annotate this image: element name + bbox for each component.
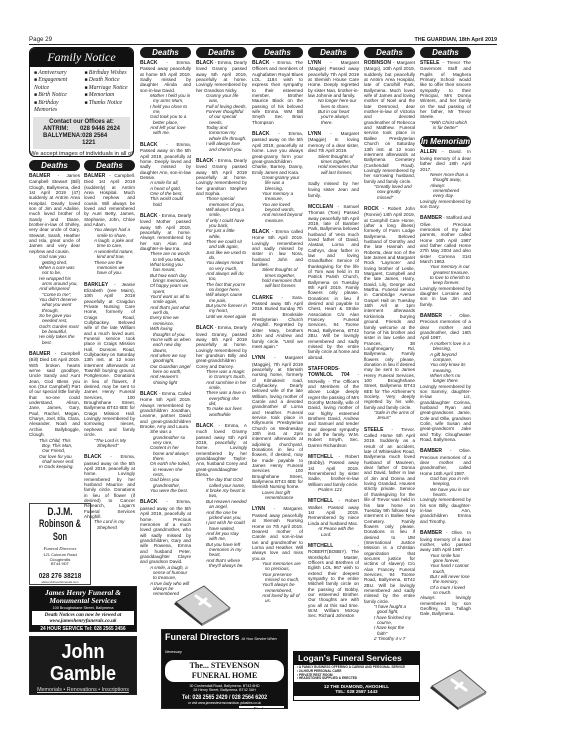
notice-entry: BLACK - Emma, passed away on the 5th Apr… xyxy=(252,131,303,223)
verse-line: A mother's love is a blessing, xyxy=(427,341,471,352)
family-notice-categories-box: Family Notice Categories AnniversaryEnga… xyxy=(29,47,134,157)
ad-banner: Funeral DirectorsAt Your Service When Ne… xyxy=(162,632,287,658)
title-line: Monumental Services xyxy=(30,597,136,605)
section-heading: Deaths xyxy=(140,47,191,58)
verse-line: And let you stay with me, xyxy=(203,531,247,542)
notice-text: BAMBER - Olive. Precious memories of a d… xyxy=(420,313,471,341)
deceased-name: BLACK xyxy=(196,60,214,66)
notice-text: ALLEN - David. In loving memory of a dea… xyxy=(420,149,471,171)
notice-entry: MITCHELL - Robert Walker. Passed away 1s… xyxy=(308,498,359,536)
notice-entry: ROCK - Robert John (Ronnie) 14th April 2… xyxy=(364,206,415,421)
deaths-column-5: DeathsBLACK - Emma. The Officers and mem… xyxy=(252,47,303,647)
verse-line: When a cure was not to be, xyxy=(36,265,80,276)
notice-body: - Trevor The Governors Staff and Pupils … xyxy=(420,60,471,119)
verse-line: Every time we reminisce, xyxy=(147,315,191,326)
facebook-label: Find us on Facebook xyxy=(249,707,282,709)
verse-line: I held you close to me, xyxy=(147,104,191,115)
deceased-name: BALMER xyxy=(29,351,50,357)
verse-line: At Peace with the Lord. xyxy=(315,526,359,537)
verse-line: The Lord is my Shepherd xyxy=(91,519,135,530)
verse-line: And when we say goodnight, xyxy=(147,353,191,364)
category-item: Memoriam xyxy=(85,92,130,99)
notice-text: BLACK - Emma, Dearly loved Granny, passe… xyxy=(196,325,247,369)
notice-body: - Margaret (Maggie), 7th April 2019 peac… xyxy=(252,355,303,489)
section-heading: Deaths xyxy=(252,47,303,58)
deceased-name: BALMER xyxy=(84,173,105,179)
notice-entry: BLACK - Emma, Dearly loved Granny, passe… xyxy=(196,325,247,417)
ad-notice: Death Notices can now be viewed atwww.ja… xyxy=(32,611,134,625)
notice-entry: BAMBER - Olive. Precious memories of a d… xyxy=(420,313,471,442)
ad-website[interactable]: www.jameshenryfunerals.co.uk xyxy=(32,618,134,624)
section-heading: Deaths xyxy=(29,160,80,171)
deceased-name: LYNN xyxy=(308,131,321,137)
facebook-badge[interactable]: fFind us on Facebook xyxy=(239,706,284,709)
notice-text: LYNN - Margaret (Maggie) In loving memor… xyxy=(308,131,359,153)
ad-title: D.J.M. xyxy=(37,507,84,518)
verse-line: You didn't deserve what you went through… xyxy=(36,297,80,313)
ad-name-box: The... STEVENSONFUNERAL HOME xyxy=(165,660,284,682)
notice-signoff: Lovingly remembered by his son Billy, da… xyxy=(420,497,471,524)
ad-address: 121 Culcrum RoadCloughmillsBT44 9DT xyxy=(30,553,90,567)
deceased-name: STEELE xyxy=(420,60,439,66)
verse: God saw you getting tired,When a cure wa… xyxy=(29,254,80,345)
verse-line: God has you in His keeping, xyxy=(427,476,471,487)
verse-line: Loves last gift remembrance xyxy=(259,490,303,501)
notice-text: LYNN - Margaret. Passed away peacefully … xyxy=(252,506,303,560)
masthead: THE GUARDIAN, 18th April 2019 xyxy=(415,37,497,43)
verse-line: And whispered "Come to me", xyxy=(36,286,80,297)
notice-entry: BAMBER - Olive. In loving memory of a de… xyxy=(420,530,471,617)
verse-line: With loving thoughts of you. xyxy=(147,326,191,337)
verse-line: Just like we used to do, xyxy=(203,250,247,261)
ad-phone: 24 HOUR SERVICE Tel: 028 2565 2456 xyxy=(38,626,128,632)
verse-line: This Child, This Boy, This Man, Our Frie… xyxy=(36,438,80,454)
verse-line: And sunshine in her smile, xyxy=(203,380,247,391)
verse-line: This world could hold xyxy=(147,196,191,207)
notice-text: BLACK - Emma, passed away on the 5th Apr… xyxy=(140,499,191,564)
notice-signoff: Lovingly remembered by daughter Lorraine… xyxy=(420,286,471,307)
contact-offices: Contact our Offices at: ANTRIM:028 9446 … xyxy=(33,117,130,149)
notice-body: - Jeanie Elizabeth (nee Mairs), 10th Apr… xyxy=(84,282,135,438)
verse-line: But I will never lose the memory, xyxy=(427,574,471,585)
deaths-column-6: DeathsLYNN - Margaret (Maggie) Passed aw… xyxy=(308,47,359,647)
deaths-column-7: DeathsROBINSON - Margaret (Margo), 10th … xyxy=(364,47,415,647)
verse-line: And that's where they'll always be. xyxy=(203,558,247,569)
ad-contact: 12 THE DIAMOND, AHOGHILLTEL: 028 2587 14… xyxy=(294,682,419,696)
verse-line: A wonderful nature, kind and true, xyxy=(91,249,135,260)
verse-line: Will always bring a smile, xyxy=(203,207,247,218)
notice-text: BLACK - Emma, A much loved Granny passed… xyxy=(196,423,247,477)
deceased-name: STAFFORDS-TOWNLOL 704 xyxy=(308,366,350,378)
deceased-name: MITCHELL xyxy=(308,454,333,460)
verse-line: But you're forever in my heart, xyxy=(203,303,247,314)
stevenson-funeral-home-ad: Funeral DirectorsAt Your Service When Ne… xyxy=(161,629,288,709)
notice-entry: BARKLEY - Jeanie Elizabeth (nee Mairs), … xyxy=(84,282,135,449)
verse-line: Content in her home and always there, xyxy=(147,445,191,461)
verse-line: These are the memories we have of you. xyxy=(91,260,135,276)
verse-line: You are loved beyond words, xyxy=(259,202,303,213)
deceased-name: MCCLEAN xyxy=(308,204,333,210)
notice-body: - Emma, Dearly loved Granny passed away … xyxy=(196,158,247,196)
verse-line: And that's just what we'll do, xyxy=(147,305,191,316)
notice-entry: BLACK - Emma. Passed away peacefully at … xyxy=(140,60,191,136)
deceased-name: BARKLEY xyxy=(84,282,108,288)
notice-entry: CLARKE - Sara. Passed away 5th April 201… xyxy=(252,295,303,349)
verse-line: You were the best. xyxy=(147,488,191,493)
notice-body: - Trevor. Called Home 5th April 2019. Su… xyxy=(364,427,415,604)
ad-website[interactable]: www.robinsonsfunerals.com xyxy=(30,580,90,584)
ad-footer: • HEADSTONES OF ALL DESCRIPTIONS CAN BE … xyxy=(162,705,287,709)
deceased-name: BLACK xyxy=(84,454,102,460)
verse: "The Lord is My Shepherd" xyxy=(84,438,135,449)
verse-line: A laugh, a joke and time to care, xyxy=(91,238,135,249)
verse-line: He only takes the best. xyxy=(36,334,80,345)
deceased-name: BAMBER xyxy=(420,215,442,221)
verse: There are no words to tell you Mum,What … xyxy=(140,251,191,385)
verse-line: Those special memories of you, xyxy=(203,196,247,207)
deceased-name: BAMBER xyxy=(420,448,442,454)
notice-text: BAMBER - Olive. Precious memories of a d… xyxy=(420,448,471,476)
verse: There was a magic in Granny's touch,And … xyxy=(196,369,247,417)
notice-signoff: Lovingly remembered by son Sammy, daught… xyxy=(420,384,471,443)
notice-entry: BLACK - Emma called Home 5th April 2019.… xyxy=(252,229,303,289)
notice-body: - Robert John (Ronnie) 14th April 2019, … xyxy=(364,206,415,410)
notice-text: CLARKE - Sara. Passed away 5th April 201… xyxy=(252,295,303,349)
verse-line: But Heaven needed an angel, xyxy=(203,499,247,510)
notice-entry: BLACK - Emma. The Officers and members o… xyxy=(252,60,303,125)
deceased-name: BLACK xyxy=(196,325,214,331)
office-name: ANTRIM: xyxy=(43,126,68,133)
notice-body: - Emma, passed away on the 5th April 201… xyxy=(252,131,303,174)
verse-line: A gift beyond compare, xyxy=(427,352,471,363)
notice-text: MITCHELL - Robert Walker. Passed away 1s… xyxy=(308,498,359,526)
verse: No longer here our lives to share,But in… xyxy=(308,98,359,125)
verse-line: "Greatly loved and now greatly missed" xyxy=(371,184,415,200)
notice-entry: LYNN - Margaret (Maggie) Passed away pea… xyxy=(308,60,359,125)
notice-text: MITCHELL - ROBERT(BOBBY). The Worshipful… xyxy=(308,543,359,619)
james-henry-ad: James Henry Funeral &Monumental Services… xyxy=(29,586,137,632)
notice-entry: BLACK - Emma, Dearly loved Granny passed… xyxy=(196,60,247,152)
verse-line: You always had a smile to share, xyxy=(91,227,135,238)
notice-body: - McNeilly - The Officers and Members of… xyxy=(308,372,359,447)
office-ballymena: BALLYMENA:028 2564 1221 xyxy=(43,133,120,147)
notice-body: - James Campbell Stewart (Bill) Clough, … xyxy=(29,173,80,254)
verse: Those special memories of you,Will alway… xyxy=(196,196,247,319)
deceased-name: BLACK xyxy=(252,60,270,66)
verse-line: You only know its meaning, xyxy=(427,362,471,373)
notice-entry: BAMBER - Olive. Precious memories of a d… xyxy=(420,448,471,524)
verse-line: Until we meet again xyxy=(203,314,247,319)
verse-line: Will always cause me pain, xyxy=(203,292,247,303)
notice-entry: ROBINSON - Margaret (Margo), 10th April … xyxy=(364,60,415,200)
deceased-name: BLACK xyxy=(140,499,158,505)
notice-entry: ALLEN - David. In loving memory of a dea… xyxy=(420,149,471,209)
section-heading: Deaths xyxy=(196,47,247,58)
section-heading: In Memoriam xyxy=(420,136,471,147)
notice-entry: BLACK - Emma, passed away on the 5th Apr… xyxy=(140,499,191,596)
deceased-name: MITCHELL xyxy=(308,543,333,549)
verse-line: What losing you has meant, xyxy=(147,262,191,273)
verse-line: I will always love and cherish you. xyxy=(203,141,247,152)
notice-body: - Sara. Passed away 5th April 2019. Buri… xyxy=(252,295,303,349)
notice-body: - Emma, Passed away on the 5th April 201… xyxy=(140,142,191,180)
verse-line: There are no words to tell you Mum, xyxy=(147,251,191,262)
notice-text: STEELE - Trevor The Governors Staff and … xyxy=(420,60,471,120)
notice-body: - Emma, A much loved Granny passed away … xyxy=(196,423,247,477)
verse-line: You'd want us all to smile again, xyxy=(147,294,191,305)
notice-entry: BALMER - Campbell (Bill) Died 1st April … xyxy=(29,351,80,470)
deaths-column-1: DeathsBALMER - James Campbell Stewart (B… xyxy=(29,160,80,500)
deceased-name: BLACK xyxy=(196,423,214,429)
notice-body: - Emma, Called Home 5th April 2019. Alwa… xyxy=(140,391,191,429)
verse-line: He wrapped his arms around you, xyxy=(36,276,80,287)
verse-line: When she's no longer there. xyxy=(427,373,471,384)
deceased-name: ROBINSON xyxy=(364,60,391,66)
notice-entry: BLACK - Emma, Passed away on the 5th Apr… xyxy=(140,142,191,207)
category-item: Birthday Memories xyxy=(34,100,79,115)
ad-title: Logan's Funeral Services xyxy=(294,652,419,665)
verse-line: And left your love with me. xyxy=(147,125,191,136)
ad-address: 30 Cushendall Road, Ballymena. BT43 6HD2… xyxy=(162,684,287,692)
notice-text: BAMBER - Olive. In loving memory of a de… xyxy=(420,530,471,552)
deceased-name: BLACK xyxy=(252,229,270,235)
verse-line: You're with us when each new day dawns, xyxy=(147,337,191,353)
category-item: Birthday Wishes xyxy=(85,70,130,77)
verse-line: And the one he picked was you, xyxy=(203,510,247,521)
categories-title: Family Notice Categories xyxy=(30,48,133,67)
ad-phone: TEL: 028 2587 1443 xyxy=(294,689,419,694)
verse: A mother's love is a blessing,A gift bey… xyxy=(420,341,471,384)
verse-line: But you have left memories in my heart, xyxy=(203,542,247,558)
djm-robinson-ad: D.J.M. Robinson & Son Funeral Directors … xyxy=(29,503,91,585)
verse-line: But in our heart you're always there. xyxy=(315,109,359,125)
notice-entry: STAFFORDS-TOWNLOL 704 - McNeilly - The O… xyxy=(308,366,359,448)
office-phone: 028 2564 1221 xyxy=(82,133,120,147)
notice-text: BLACK - Emma, Passed away on the 5th Apr… xyxy=(140,142,191,180)
verse-line: Your memory is our greatest treasure, xyxy=(427,264,471,275)
category-item: Death Notice xyxy=(85,77,130,84)
notice-entry: BLACK - Emma, passed away on the 5th Apr… xyxy=(84,454,135,530)
notice-entry: LYNN - Margaret. Passed away peacefully … xyxy=(252,506,303,603)
notice-text: STEELE - Trevor. Called Home 5th April 2… xyxy=(364,427,415,604)
verse-line: "The Lord is My Shepherd" xyxy=(91,438,135,449)
deceased-name: BLACK xyxy=(140,213,158,219)
notice-signoff: Always lovingly remembered by son Geoffr… xyxy=(420,595,471,616)
notice-entry: STEELE - Trevor The Governors Staff and … xyxy=(420,60,471,130)
notice-body: - Emma, passed away on the 5th April 201… xyxy=(84,454,135,519)
verse-line: "I have fought a good fight, xyxy=(371,604,415,615)
section-heading: Deaths xyxy=(308,47,359,58)
verse-line: I have kept the faith" xyxy=(371,625,415,636)
deceased-name: BALMER xyxy=(29,173,50,179)
notice-text: BLACK - Emma. The Officers and members o… xyxy=(252,60,303,125)
verse-line: Hold memories that will last forever, xyxy=(315,164,359,175)
notice-entry: STEELE - Trevor. Called Home 5th April 2… xyxy=(364,427,415,642)
office-name: BALLYMENA: xyxy=(43,133,82,147)
verse: Never more than a thought away,Always re… xyxy=(420,172,471,199)
deceased-name: STEELE xyxy=(364,427,383,433)
address-line: 28 Henry Street, Ballymena. BT42 3AH xyxy=(162,688,287,692)
notice-entry: BAMBER - Stafford and Olive. Precious me… xyxy=(420,215,471,307)
ad-name: Robinson & Son xyxy=(33,518,87,544)
verse-line: God saw you getting tired, xyxy=(36,254,80,265)
category-item: Birth Notice xyxy=(34,92,79,99)
verse-line: Of a mum I loved so much. xyxy=(427,585,471,596)
notice-text: STAFFORDS-TOWNLOL 704 - McNeilly - The O… xyxy=(308,366,359,448)
notice-text: ROCK - Robert John (Ronnie) 14th April 2… xyxy=(364,206,415,410)
notice-body: - Margaret (Maggie) Passed away peaceful… xyxy=(308,60,359,98)
page-header: Page 29 THE GUARDIAN, 18th April 2019 xyxy=(29,36,497,45)
notice-text: MITCHELL - Robert (Bobby). Passed away 1… xyxy=(308,454,359,487)
bible-icon xyxy=(172,584,232,626)
verse-line: Silent thoughts of times together, xyxy=(315,154,359,165)
verse-line: Your memory a treasure, xyxy=(259,191,303,202)
page-number: Page 29 xyxy=(29,36,52,43)
verse: You always had a smile to share,A laugh,… xyxy=(84,227,135,275)
verse-line: Then we could sit and talk again, xyxy=(203,239,247,250)
verse-line: If only I could have you back, xyxy=(203,218,247,229)
notice-text: LYNN - Margaret (Maggie), 7th April 2019… xyxy=(252,355,303,490)
verse: "I have fought a good fight,I have finis… xyxy=(364,604,415,641)
office-antrim: ANTRIM:028 9446 2624 xyxy=(43,126,120,133)
ad-services: • A FAMILY BUSINESS OFFERING A CARING AN… xyxy=(294,665,419,682)
verse-line: A smile, a laugh, a sense of humour to t… xyxy=(147,565,191,581)
verse-line: Your presence missed so much, xyxy=(259,572,303,583)
service-item: • HEADSTONES SUPPLIED & ERECTED xyxy=(297,677,416,681)
notice-text: BLACK - Emma, Dearly loved Mother passed… xyxy=(140,213,191,251)
verse-line: to love to cherish to keep forever. xyxy=(427,275,471,286)
banner-text: Funeral Directors xyxy=(165,632,240,642)
ad-subtitle: Funeral Directors xyxy=(30,546,90,551)
verse-line: Your hand I cannot touch, xyxy=(427,563,471,574)
verse: Your smile has gone forever,Your hand I … xyxy=(420,553,471,596)
verse-line: hold memories that will last forever. xyxy=(259,278,303,289)
john-gamble-ad: John Gamble Memorials • Renovations • In… xyxy=(29,636,137,695)
deaths-column-2: DeathsBALMER - Campbell. Died 1st April … xyxy=(84,160,135,580)
verse: Silent thoughts of times together,hold m… xyxy=(252,267,303,288)
verse-line: Forever thoughtful of our special needs, xyxy=(203,109,247,125)
notice-body: - Margaret. Passed away peacefully at Sl… xyxy=(252,506,303,560)
verse-line: Always remembered every day. xyxy=(427,183,471,199)
notice-entry: BALMER - Campbell. Died 1st April 2019 (… xyxy=(84,173,135,276)
section-heading: Deaths xyxy=(364,47,415,58)
verse-line: God took you to a better place, xyxy=(147,114,191,125)
deceased-name: BLACK xyxy=(252,131,270,137)
ad-name: The... STEVENSON xyxy=(165,661,284,671)
notice-text: MCCLEAN - Samuel Thomas (Tom) Passed awa… xyxy=(308,204,359,360)
notice-text: Sadly missed by her loving sister Jean a… xyxy=(308,181,359,198)
notice-body: - Emma, Dearly loved Granny, passed away… xyxy=(196,325,247,368)
verse-line: God bless you grandmother, xyxy=(147,477,191,488)
deceased-name: BAMBER xyxy=(420,530,442,536)
notice-body: - Samuel Thomas (Tom) Passed away peacef… xyxy=(308,204,359,360)
deceased-name: BLACK xyxy=(196,158,214,164)
section-heading: Deaths xyxy=(420,47,471,58)
deaths-column-4: DeathsBLACK - Emma, Dearly loved Granny … xyxy=(196,47,247,577)
notice-entry: MITCHELL - Robert (Bobby). Passed away 1… xyxy=(308,454,359,492)
accept-images-note: We accept images of individuals in all o… xyxy=(30,151,133,157)
notice-entry: BLACK - Emma, Dearly loved Mother passed… xyxy=(140,213,191,385)
verse: Granny your life was,Full of loving deed… xyxy=(196,93,247,152)
verse-line: There was a love in everything she did, xyxy=(203,390,247,406)
notice-text: BLACK - Emma, Dearly loved Granny passed… xyxy=(196,158,247,196)
verse: Mother I held you in my arms Mum,I held … xyxy=(140,93,191,136)
notice-body: - Emma called Home 5th April 2019. Lovin… xyxy=(252,229,303,267)
verse-line: "Safe in the arms of Jesus" xyxy=(371,410,415,421)
verse-line: Great-granny your life was a blessing, xyxy=(259,175,303,191)
verse-line: Silent thoughts of times together, xyxy=(259,267,303,278)
verse-line: You always meant so very much, xyxy=(203,260,247,271)
deceased-name: BLACK xyxy=(140,142,158,148)
deceased-name: CLARKE xyxy=(252,295,273,301)
verse: Your memories are so precious,Your prese… xyxy=(252,561,303,604)
verse-line: Never more than a thought away, xyxy=(427,172,471,183)
verse-line: Your memories are so precious, xyxy=(259,561,303,572)
notice-text: BALMER - James Campbell Stewart (Bill) C… xyxy=(29,173,80,254)
notice-entry: BLACK - Emma, Dearly loved Granny passed… xyxy=(196,158,247,319)
verse-line: There was a magic in Granny's touch, xyxy=(203,369,247,380)
verse-line: The day that GOd called your name, xyxy=(203,477,247,488)
notice-entry: Sadly missed by her loving sister Jean a… xyxy=(308,181,359,198)
verse-line: To make our lives worthwhile xyxy=(203,406,247,417)
verse: "Greatly loved and now greatly missed" xyxy=(364,184,415,200)
notice-entry: LYNN - Margaret (Maggie), 7th April 2019… xyxy=(252,355,303,500)
verse-line: But how each day brings memories, xyxy=(147,273,191,284)
verse-line: She was a grandmother so very rare, xyxy=(147,429,191,445)
verse-line: Our Guardian angel here on earth, xyxy=(147,364,191,375)
notice-body: - ROBERT(BOBBY). The Worshipful Master, … xyxy=(308,543,359,618)
verse-line: Of happy years we spent, xyxy=(147,283,191,294)
notice-text: BLACK - Emma, Dearly loved Granny passed… xyxy=(196,60,247,93)
notice-entry: BALMER - James Campbell Stewart (Bill) C… xyxy=(29,173,80,345)
verse-line: And Heaven's shining light xyxy=(147,374,191,385)
verse-line: Psalms 121 xyxy=(315,487,359,492)
verse-line: 2 Timothy 4 v 7 xyxy=(371,636,415,641)
verse: Your memory is our greatest treasure,to … xyxy=(420,264,471,285)
category-item: Thanks Notice xyxy=(85,100,130,107)
verse: Psalms 121 xyxy=(308,487,359,492)
notice-text: BARKLEY - Jeanie Elizabeth (nee Mairs), … xyxy=(84,282,135,438)
notice-body: - Emma, Dearly loved Mother passed away … xyxy=(140,213,191,251)
office-phone: 028 9446 2624 xyxy=(80,126,120,133)
verse-line: Mother I held you in my arms Mum, xyxy=(147,93,191,104)
ad-phone: Tel: 028 2565 2429 / 028 2564 6202 xyxy=(171,694,277,701)
deaths-column-3: DeathsBLACK - Emma. Passed away peaceful… xyxy=(140,47,191,632)
notice-text: BALMER - Campbell. Died 1st April 2019 (… xyxy=(84,173,135,227)
notice-body: - Campbell (Bill) Died 1st April 2019. W… xyxy=(29,351,80,437)
verse-line: I have finished my course, xyxy=(371,615,415,626)
bible-icon xyxy=(427,668,489,710)
verse: The day that GOd called your name,It bro… xyxy=(196,477,247,568)
verse-line: Today and tomorrow my whole life through… xyxy=(203,125,247,141)
verse-line: You'll always be remembered, xyxy=(259,582,303,593)
notice-signoff: Lovingly remembered by son Gary. xyxy=(420,199,471,210)
verse: At Peace with the Lord. xyxy=(308,526,359,537)
notice-text: BLACK - Emma. Passed away peacefully at … xyxy=(140,60,191,93)
verse: "With Christ which is far better" xyxy=(420,120,471,131)
verse-line: "With Christ which is far better" xyxy=(427,120,471,131)
notice-entry: LYNN - Margaret (Maggie) In loving memor… xyxy=(308,131,359,175)
notice-text: BAMBER - Stafford and Olive. Precious me… xyxy=(420,215,471,264)
section-heading: Deaths xyxy=(84,160,135,171)
verse: God has you in His keeping,We have you i… xyxy=(420,476,471,497)
verse: Silent thoughts of times together,Hold m… xyxy=(308,154,359,175)
verse-line: I just wish he could have waited, xyxy=(203,520,247,531)
deceased-name: LYNN xyxy=(308,60,321,66)
verse-line: Granny your life was, xyxy=(203,93,247,104)
deceased-name: ALLEN xyxy=(420,149,437,155)
category-item: Marriage Notice xyxy=(85,85,130,92)
